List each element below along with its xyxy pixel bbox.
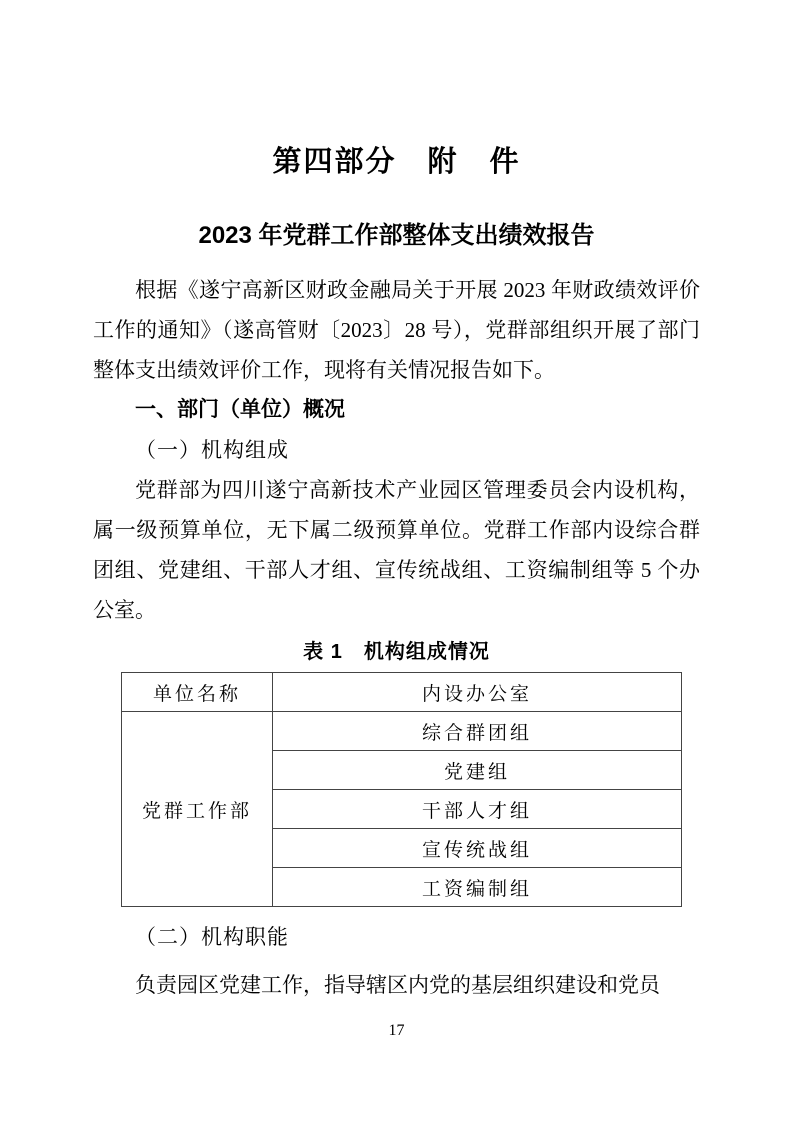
part-title: 第四部分 附 件 (93, 142, 700, 182)
table-cell-office-2: 党建组 (273, 751, 682, 790)
table-cell-office-4: 宣传统战组 (273, 829, 682, 868)
org-composition-table: 单位名称 内设办公室 党群工作部 综合群团组 党建组 干部人才组 宣传统战组 工 (121, 672, 682, 907)
table-header-unit-name: 单位名称 (122, 673, 273, 712)
section-1-1-heading: （一）机构组成 (93, 430, 700, 470)
intro-paragraph: 根据《遂宁高新区财政金融局关于开展 2023 年财政绩效评价工作的通知》（遂高管… (93, 270, 700, 390)
table-cell-office-5: 工资编制组 (273, 868, 682, 907)
table1-caption: 表 1 机构组成情况 (93, 638, 700, 666)
duties-paragraph: 负责园区党建工作，指导辖区内党的基层组织建设和党员 (93, 965, 700, 1005)
org-composition-paragraph: 党群部为四川遂宁高新技术产业园区管理委员会内设机构，属一级预算单位，无下属二级预… (93, 470, 700, 630)
report-title: 2023 年党群工作部整体支出绩效报告 (93, 219, 700, 253)
table-row: 党群工作部 综合群团组 (122, 712, 682, 751)
document-page: 第四部分 附 件 2023 年党群工作部整体支出绩效报告 根据《遂宁高新区财政金… (0, 0, 793, 1122)
table-cell-unit-name: 党群工作部 (122, 712, 273, 907)
table-header-offices: 内设办公室 (273, 673, 682, 712)
table-cell-office-3: 干部人才组 (273, 790, 682, 829)
table-header-row: 单位名称 内设办公室 (122, 673, 682, 712)
section-1-heading: 一、部门（单位）概况 (93, 390, 700, 430)
table-cell-office-1: 综合群团组 (273, 712, 682, 751)
page-number: 17 (0, 1022, 793, 1040)
section-1-2-heading: （二）机构职能 (93, 917, 700, 957)
document-content: 第四部分 附 件 2023 年党群工作部整体支出绩效报告 根据《遂宁高新区财政金… (0, 0, 793, 1005)
